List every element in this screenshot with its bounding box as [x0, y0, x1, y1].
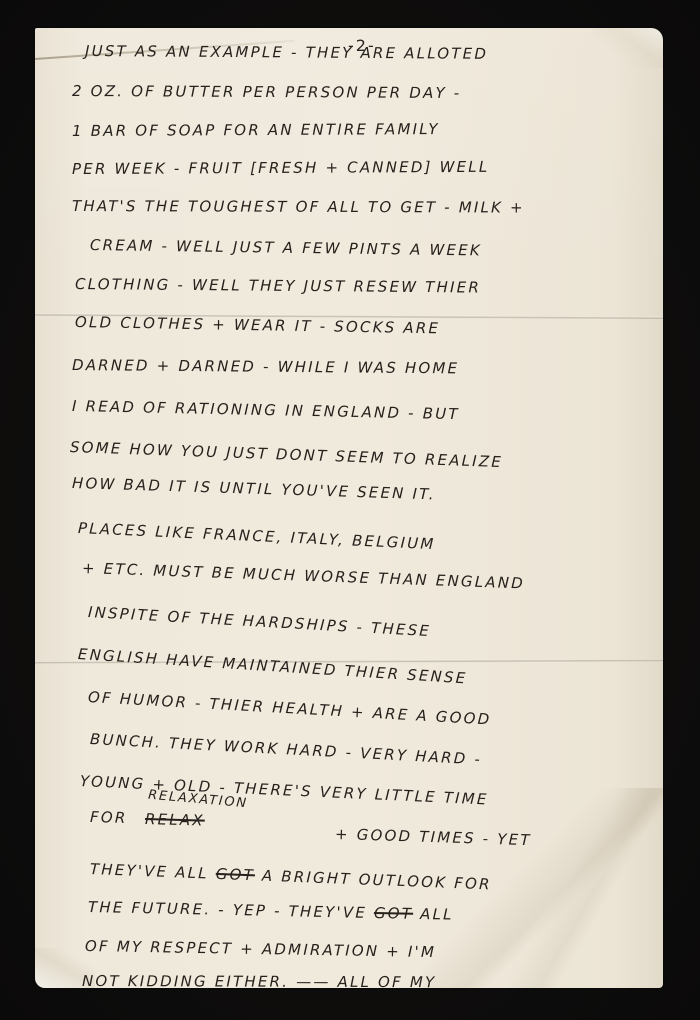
- line-text: the future. - yep - they've: [88, 898, 367, 922]
- line-text: 2 oz. of butter per person per day -: [72, 82, 462, 102]
- line-text: of my respect + admiration + I'm: [85, 937, 436, 961]
- line-text: English have maintained thier sense: [77, 645, 467, 687]
- scanner-background: -2- Just as an example - they are allote…: [0, 0, 700, 1020]
- letter-line: Inspite of the hardships - these: [87, 603, 431, 640]
- letter-line: of my respect + admiration + I'm: [85, 937, 436, 961]
- line-text: bunch. They work hard - very hard -: [90, 730, 483, 769]
- line-text: some how you just dont seem to realize: [70, 438, 504, 471]
- letter-line: clothing - well they just resew thier: [75, 275, 481, 297]
- line-text: per week - fruit [fresh + canned] well: [72, 158, 489, 178]
- letter-line: I read of rationing in England - but: [72, 397, 460, 423]
- line-text: 1 bar of soap for an entire family: [72, 120, 440, 140]
- struck-word: got: [374, 904, 414, 923]
- struck-word: got: [215, 865, 255, 884]
- line-text: they've all: [90, 860, 209, 883]
- line-text: Places like France, Italy, Belgium: [78, 519, 436, 553]
- line-text: darned + darned - while I was home: [72, 356, 459, 377]
- letter-line: young + old - there's very little time: [80, 772, 489, 809]
- letter-line: English have maintained thier sense: [77, 645, 467, 687]
- line-text: Inspite of the hardships - these: [87, 603, 431, 640]
- letter-line: darned + darned - while I was home: [72, 356, 459, 377]
- line-text: that's the toughest of all to get - milk…: [72, 197, 525, 217]
- line-text: Just as an example - they are alloted: [85, 42, 488, 63]
- letter-line: per week - fruit [fresh + canned] well: [72, 158, 489, 178]
- line-text: for: [90, 808, 128, 827]
- letter-line: of humor - thier health + are a good: [87, 688, 491, 729]
- line-text: + etc. must be much worse than England: [82, 559, 526, 592]
- line-text: not kidding either. —— all of my: [82, 972, 436, 988]
- line-text: I read of rationing in England - but: [72, 397, 460, 423]
- line-text: cream - well just a few pints a week: [90, 236, 482, 259]
- letter-line: that's the toughest of all to get - milk…: [72, 197, 525, 217]
- letter-line: how bad it is until you've seen it.: [72, 474, 436, 503]
- letter-line: the future. - yep - they've got all: [88, 898, 454, 924]
- paper-corner-curl: [593, 28, 663, 68]
- letter-line: Just as an example - they are alloted: [85, 42, 488, 63]
- struck-word: relax: [145, 810, 205, 830]
- letter-line: some how you just dont seem to realize: [70, 438, 504, 471]
- letter-line: cream - well just a few pints a week: [90, 236, 482, 259]
- letter-line: 1 bar of soap for an entire family: [72, 120, 440, 140]
- line-text: how bad it is until you've seen it.: [72, 474, 436, 503]
- line-text: young + old - there's very little time: [80, 772, 489, 809]
- letter-line: not kidding either. —— all of my: [82, 972, 436, 988]
- line-text: all: [420, 905, 454, 924]
- line-text: of humor - thier health + are a good: [87, 688, 491, 729]
- letter-line: + etc. must be much worse than England: [82, 559, 526, 592]
- letter-page: -2- Just as an example - they are allote…: [35, 28, 663, 988]
- letter-line: 2 oz. of butter per person per day -: [72, 82, 462, 102]
- letter-line: Places like France, Italy, Belgium: [78, 519, 436, 553]
- letter-line: bunch. They work hard - very hard -: [90, 730, 483, 769]
- line-text: clothing - well they just resew thier: [75, 275, 481, 297]
